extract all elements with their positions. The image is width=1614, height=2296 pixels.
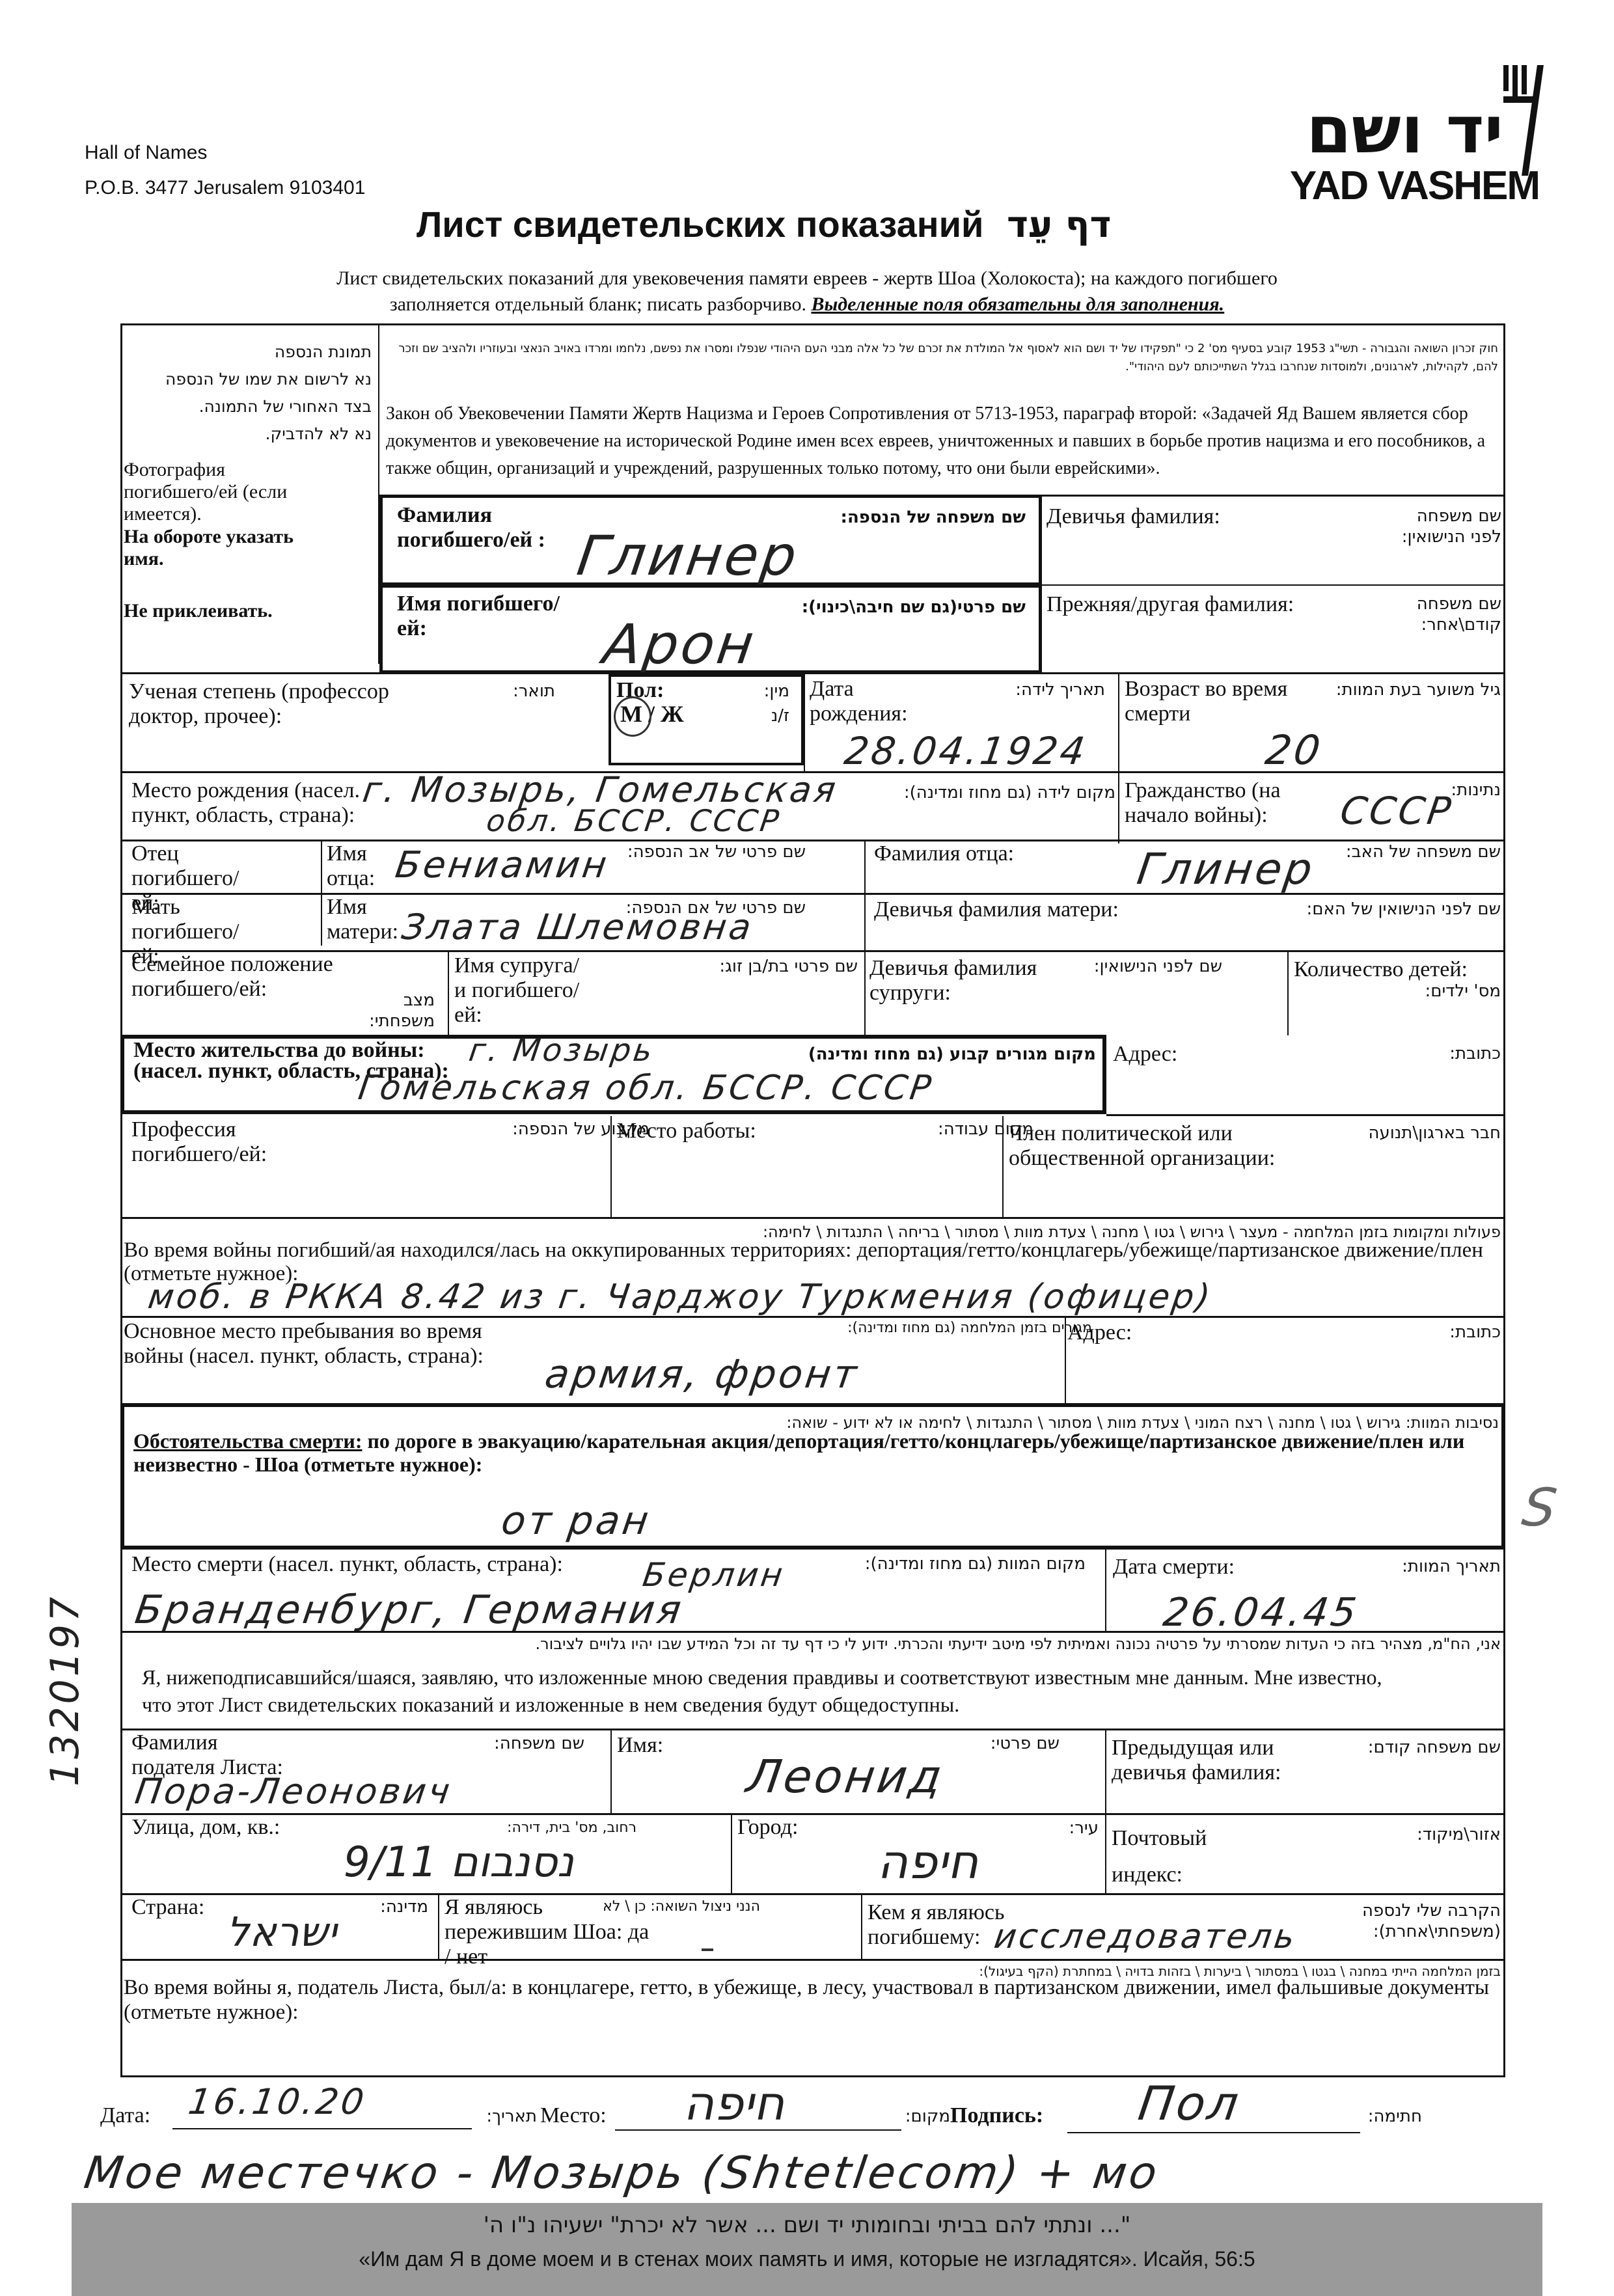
- sign-place-label-he: מקום:: [905, 2106, 950, 2127]
- gender-field[interactable]: Пол: מין: М / Ж ז/נ: [609, 674, 804, 765]
- citizenship-field[interactable]: Гражданство (на начало войны): נתינות: С…: [1119, 773, 1503, 838]
- street-value[interactable]: נסנבום 9/11: [344, 1838, 574, 1887]
- logo-latin: YAD VASHEM: [1290, 163, 1539, 209]
- father-row: Отец погибшего/ей: Имя отца: שם פרטי של …: [122, 841, 1503, 894]
- death-place-label: Место смерти (насел. пункт, область, стр…: [131, 1552, 563, 1577]
- profession-label: Профессия погибшего/ей:: [131, 1117, 301, 1167]
- residence-value-line2: Гомельская обл. БССР. СССР: [356, 1069, 936, 1108]
- subtitle-line-2: заполняется отдельный бланк; писать разб…: [390, 294, 806, 315]
- other-surname-field[interactable]: Прежняя/другая фамилия: שם משפחה קודם\אח…: [1040, 584, 1505, 674]
- birth-date-label-he: תאריך לידה:: [1015, 679, 1105, 700]
- other-surname-label: Прежняя/другая фамилия:: [1046, 592, 1294, 617]
- submitter-wartime-field[interactable]: בזמן המלחמה הייתי במחנה \ בגטו \ במסתור …: [122, 1961, 1503, 2075]
- title-he: דף עֵד: [1007, 204, 1111, 246]
- submitter-wartime-label: Во время войны я, податель Листа, был/а:…: [124, 1975, 1490, 2025]
- birth-place-label: Место рождения (насел. пункт, область, с…: [131, 778, 392, 828]
- subtitle: Лист свидетельских показаний для увекове…: [241, 266, 1373, 318]
- war-place-label-he: מגורים בזמן המלחמה (גם מחוז ומדינה):: [799, 1318, 1092, 1339]
- victim-firstname-label-he: שם פרטי(גם שם חיבה\כינוי):: [802, 597, 1026, 618]
- sign-date-label-he: תאריך:: [478, 2106, 537, 2127]
- declaration: אני, הח"מ, מצהיר בזה כי העדות שמסרתי על …: [122, 1633, 1503, 1728]
- law-hebrew: חוק זכרון השואה והגבורה - תשי"ג 1953 קוב…: [392, 340, 1498, 376]
- family-status-label-he: מצב משפחתי:: [370, 990, 435, 1032]
- family-status-label: Семейное положение погибшего/ей:: [131, 952, 366, 1002]
- divider: [610, 1730, 612, 1813]
- war-address-label-he: כתובת:: [1449, 1322, 1501, 1343]
- divider: [1105, 1815, 1106, 1893]
- death-date-label: Дата смерти:: [1113, 1555, 1235, 1579]
- submitter-surname-value[interactable]: Пора-Леонович: [133, 1771, 455, 1812]
- death-circumstances-field[interactable]: נסיבות המוות: גירוש \ גטו \ מחנה \ רצח ה…: [120, 1403, 1505, 1550]
- profession-row: Профессия погибшего/ей: מקצוע של הנספה: …: [122, 1116, 1503, 1217]
- divider: [864, 952, 866, 1035]
- logo-flame-icon: [1503, 65, 1536, 176]
- city-label-he: עיר:: [1060, 1818, 1099, 1838]
- photo-label: Фотография погибшего/ей (если имеется).: [124, 459, 319, 525]
- workplace-label: Место работы:: [617, 1119, 756, 1143]
- divider: [861, 1895, 862, 1959]
- photo-note-back: На обороте указать имя.: [124, 526, 332, 570]
- victim-firstname-value: Арон: [599, 612, 760, 676]
- birth-place-label-he: מקום לידה (גם מחוז ומדינה):: [904, 782, 1115, 803]
- death-date-value[interactable]: 26.04.45: [1160, 1590, 1361, 1635]
- family-row: Семейное положение погибшего/ей: מצב משפ…: [122, 952, 1503, 1035]
- age-at-death-value: 20: [1263, 726, 1326, 774]
- city-label: Город:: [737, 1815, 798, 1840]
- submitter-firstname-label: Имя:: [617, 1733, 663, 1758]
- subtitle-line-1: Лист свидетельских показаний для увекове…: [241, 266, 1373, 292]
- survivor-label-he: הנני ניצול השואה: כן \ לא: [539, 1896, 760, 1917]
- yad-vashem-logo: יד ושם YAD VASHEM: [1263, 65, 1555, 208]
- residence-field[interactable]: Место жительства до войны: (насел. пункт…: [120, 1035, 1106, 1114]
- war-place-label: Основное место пребывания во время войны…: [124, 1319, 527, 1369]
- age-at-death-label-he: גיל משוער בעת המוות:: [1336, 679, 1501, 700]
- city-value[interactable]: חיפה: [877, 1835, 978, 1889]
- war-activity-value: моб. в РККА 8.42 из г. Чарджоу Туркмения…: [146, 1278, 1215, 1317]
- subtitle-emphasis: Выделенные поля обязательны для заполнен…: [811, 294, 1224, 315]
- victim-surname-label: Фамилия погибшего/ей :: [397, 503, 566, 553]
- death-circumstances-value: от ран: [499, 1498, 654, 1544]
- residence-address-field[interactable]: Адрес: כתובת:: [1106, 1037, 1503, 1115]
- footer-quote-russian: «Им дам Я в доме моем и в стенах моих па…: [72, 2247, 1542, 2271]
- mother-name-value[interactable]: Злата Шлемовна: [400, 907, 756, 948]
- age-at-death-label: Возраст во время смерти: [1125, 677, 1294, 726]
- divider: [864, 841, 866, 894]
- war-address-label: Адрес:: [1067, 1320, 1132, 1345]
- title-ru: Лист свидетельских показаний: [417, 204, 983, 245]
- maiden-name-label-he: שם משפחה לפני הנישואין:: [1384, 506, 1501, 547]
- postal-label: Почтовый индекс:: [1112, 1820, 1209, 1893]
- father-surname-value[interactable]: Глинер: [1134, 844, 1318, 894]
- father-name-label: Имя отца:: [327, 841, 385, 891]
- organization-label-he: חבר בארגון\תנועה: [1368, 1123, 1501, 1143]
- signature-underline: [1067, 2132, 1360, 2133]
- father-surname-label-he: שם משפחה של האב:: [1346, 841, 1501, 862]
- photo-box[interactable]: תמונת הנספה נא לרשום את שמו של הנספה בצד…: [122, 325, 379, 664]
- birth-place-field[interactable]: Место рождения (насел. пункт, область, с…: [122, 773, 1117, 838]
- spouse-name-label-he: שם פרטי בת/בן זוג:: [630, 956, 858, 977]
- relation-value[interactable]: исследователь: [992, 1917, 1300, 1956]
- academic-title-field[interactable]: Ученая степень (профессор доктор, прочее…: [122, 674, 568, 772]
- signature-row: Дата: 16.10.20 תאריך: Место: חיפה מקום: …: [98, 2076, 1529, 2128]
- logo-hebrew: יד ושם: [1306, 94, 1503, 166]
- submitter-status-row: Страна: מדינה: ישראל Я являюсь переживши…: [122, 1895, 1503, 1959]
- divider: [1105, 1550, 1106, 1631]
- footer-quote-hebrew: "... ונתתי להם בביתי ובחומותי יד ושם ...…: [72, 2212, 1542, 2238]
- father-name-value[interactable]: Бениамин: [392, 844, 612, 886]
- country-label: Страна:: [131, 1895, 204, 1920]
- submitter-name-row: Фамилия подателя Листа: שם משפחה: Пора-Л…: [122, 1730, 1503, 1813]
- relation-label-he: הקרבה שלי לנספה (משפחתי\אחרת):: [1332, 1900, 1501, 1942]
- signature-label: Подпись:: [950, 2103, 1043, 2128]
- declaration-russian: Я, нижеподписавшийся/шаяся, заявляю, что…: [142, 1663, 1411, 1718]
- mother-name-label: Имя матери:: [327, 895, 392, 944]
- country-label-he: מדינה:: [370, 1896, 428, 1917]
- divider: [1065, 1318, 1066, 1406]
- spouse-maiden-label: Девичья фамилия супруги:: [869, 956, 1039, 1005]
- father-surname-label: Фамилия отца:: [874, 841, 1014, 866]
- organization-label: Член политической или общественной орган…: [1009, 1121, 1334, 1171]
- death-date-label-he: תאריך המוות:: [1402, 1556, 1501, 1577]
- declaration-hebrew: אני, הח"מ, מצהיר בזה כי העדות שמסרתי על …: [212, 1633, 1501, 1654]
- residence-label-he: מקום מגורים קבוע (גם מחוז ומדינה): [808, 1044, 1096, 1065]
- divider: [120, 1631, 1505, 1633]
- death-circumstances-title: Обстоятельства смерти:: [133, 1429, 362, 1453]
- street-label: Улица, дом, кв.:: [131, 1815, 280, 1840]
- divider: [864, 895, 866, 951]
- victim-surname-label-he: שם משפחה של הנספה:: [841, 507, 1026, 528]
- children-label: Количество детей:: [1294, 957, 1468, 982]
- submitter-prev-surname-label-he: שם משפחה קודם:: [1368, 1737, 1501, 1758]
- death-place-label-he: מקום המוות (גם מחוז ומדינה):: [793, 1553, 1086, 1574]
- submitter-address-row: Улица, дом, кв.: רחוב, מס' בית, דירה: נס…: [122, 1815, 1503, 1893]
- gender-label-he: מין:: [764, 681, 789, 702]
- victim-surname-field[interactable]: Фамилия погибшего/ей : שם משפחה של הנספה…: [379, 495, 1042, 586]
- signature-label-he: חתימה:: [1370, 2106, 1422, 2127]
- birth-date-label: Дата рождения:: [810, 677, 914, 726]
- margin-number: 1320197: [42, 1617, 88, 1786]
- photo-note-no-glue: Не приклеивать.: [124, 599, 273, 623]
- birth-date-value: 28.04.1924: [841, 729, 1090, 773]
- children-label-he: מס' ילדים:: [1425, 981, 1501, 1002]
- divider: [610, 1116, 612, 1217]
- victim-firstname-field[interactable]: Имя погибшего/ей: שם פרטי(גם שם חיבה\כינ…: [379, 584, 1042, 674]
- sign-date-label: Дата:: [100, 2103, 150, 2128]
- submitter-surname-label-he: שם משפחה:: [487, 1733, 584, 1754]
- death-circumstances-label: Обстоятельства смерти: по дороге в эваку…: [133, 1429, 1487, 1476]
- age-at-death-field[interactable]: Возраст во время смерти גיל משוער בעת המ…: [1119, 674, 1503, 772]
- gender-selected-circle-icon: [614, 696, 651, 737]
- law-box: חוק זכרון השואה והגבורה - תשי"ג 1953 קוב…: [381, 325, 1503, 496]
- divider: [804, 674, 805, 772]
- submitter-firstname-value[interactable]: Леонид: [743, 1750, 948, 1803]
- footer-banner: "... ונתתי להם בביתי ובחומותי יד ושם ...…: [72, 2203, 1542, 2296]
- street-label-he: רחוב, מס' בית, דירה:: [487, 1818, 636, 1838]
- citizenship-value: СССР: [1337, 789, 1456, 833]
- war-place-value[interactable]: армия, фронт: [542, 1352, 862, 1397]
- sign-place-label: Место:: [540, 2103, 607, 2128]
- margin-mark: S: [1518, 1477, 1563, 1538]
- sign-date-underline: [172, 2128, 472, 2129]
- academic-title-label-he: תואר:: [513, 681, 555, 702]
- mother-maiden-label: Девичья фамилия матери:: [874, 897, 1119, 922]
- residence-address-label: Адрес:: [1113, 1042, 1177, 1067]
- citizenship-label: Гражданство (на начало войны):: [1125, 778, 1333, 828]
- law-russian: Закон об Увековечении Памяти Жертв Нациз…: [386, 400, 1492, 482]
- postal-label-he: אזור\מיקוד:: [1417, 1824, 1501, 1845]
- birth-place-value-line2: обл. БССР. СССР: [484, 803, 784, 838]
- mother-maiden-label-he: שם לפני הנישואין של האם:: [1306, 899, 1501, 920]
- mother-row: Мать погибшего/ей: Имя матери: שם פרטי ש…: [122, 895, 1503, 951]
- academic-title-label: Ученая степень (профессор доктор, прочее…: [129, 679, 441, 729]
- victim-firstname-label: Имя погибшего/ей:: [397, 592, 566, 641]
- photo-hebrew: תמונת הנספה נא לרשום את שמו של הנספה בצד…: [131, 338, 372, 448]
- divider: [1002, 1116, 1004, 1217]
- spouse-name-label: Имя супруга/и погибшего/ей:: [454, 953, 584, 1028]
- survivor-no-mark-icon: [702, 1948, 713, 1951]
- divider: [731, 1815, 732, 1893]
- other-surname-label-he: שם משפחה קודם\אחר:: [1391, 594, 1501, 635]
- divider: [1287, 952, 1289, 1035]
- sign-date-value[interactable]: 16.10.20: [186, 2081, 369, 2122]
- residence-value-line1: г. Мозырь: [467, 1032, 657, 1069]
- victim-surname-value: Глинер: [573, 524, 803, 588]
- bottom-note: Мое местечко - Мозырь (Shtetlecom) + мо: [81, 2148, 1162, 2199]
- maiden-name-label: Девичья фамилия:: [1046, 504, 1220, 529]
- divider: [438, 1895, 439, 1959]
- maiden-name-field[interactable]: Девичья фамилия: שם משפחה לפני הנישואין:: [1040, 495, 1505, 586]
- gender-options-he: ז/נ: [771, 705, 789, 726]
- war-place-row: Основное место пребывания во время войны…: [122, 1318, 1503, 1406]
- spouse-maiden-label-he: שם לפני הנישואין:: [1066, 956, 1222, 977]
- signature-value[interactable]: Пол: [1135, 2076, 1244, 2131]
- org-name: Hall of Names: [85, 142, 207, 164]
- divider: [1105, 1730, 1106, 1813]
- divider: [448, 952, 449, 1035]
- birth-date-field[interactable]: Дата рождения: תאריך לידה: 28.04.1924: [806, 674, 1118, 772]
- residence-address-label-he: כתובת:: [1449, 1043, 1501, 1064]
- citizenship-label-he: נתינות:: [1451, 780, 1501, 800]
- page-title: Лист свидетельских показаний דף עֵד: [417, 203, 1111, 246]
- death-place-value-line2[interactable]: Бранденбург, Германия: [132, 1587, 687, 1633]
- submitter-prev-surname-label: Предыдущая или девичья фамилия:: [1112, 1736, 1307, 1785]
- country-value[interactable]: ישראל: [226, 1908, 336, 1956]
- death-place-row: Место смерти (насел. пункт, область, стр…: [122, 1550, 1503, 1631]
- sign-place-value[interactable]: חיפה: [683, 2076, 784, 2131]
- war-activity-field[interactable]: פעולות ומקומות בזמן המלחמה - מעצר \ גירו…: [122, 1219, 1503, 1317]
- submitter-firstname-label-he: שם פרטי:: [968, 1733, 1060, 1754]
- org-address: P.O.B. 3477 Jerusalem 9103401: [85, 177, 365, 199]
